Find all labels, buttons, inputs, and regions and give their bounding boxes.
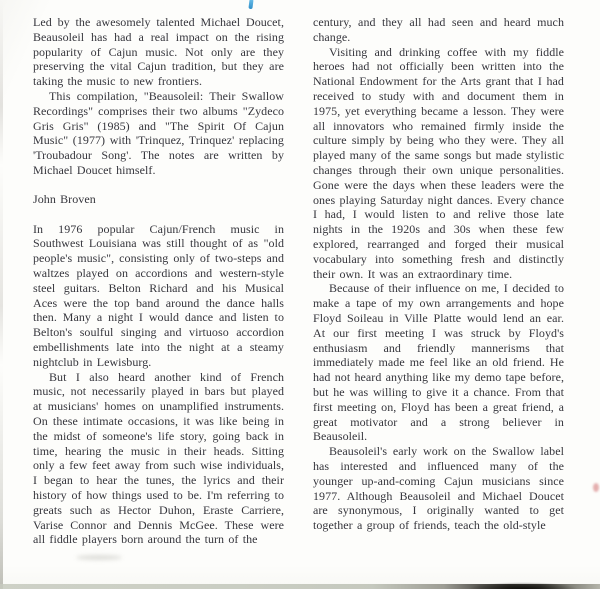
- author-byline: John Broven: [33, 192, 284, 207]
- pink-smudge: [593, 483, 599, 492]
- scan-edge-left: [0, 0, 3, 589]
- scan-shadow-blotch: [468, 582, 578, 589]
- text-column-left: Led by the awesomely talented Michael Do…: [33, 15, 284, 547]
- body-paragraph: Led by the awesomely talented Michael Do…: [33, 15, 284, 89]
- two-column-text-layout: Led by the awesomely talented Michael Do…: [33, 15, 564, 547]
- body-paragraph: Because of their influence on me, I deci…: [313, 281, 564, 444]
- body-paragraph: Visiting and drinking coffee with my fid…: [313, 45, 564, 282]
- body-paragraph: This compilation, "Beausoleil: Their Swa…: [33, 89, 284, 178]
- body-paragraph: But I also heard another kind of French …: [33, 370, 284, 548]
- body-paragraph: In 1976 popular Cajun/French music in So…: [33, 222, 284, 370]
- gray-smudge: [76, 555, 122, 560]
- text-column-right: century, and they all had seen and heard…: [313, 15, 564, 547]
- liner-notes-scan-page: Led by the awesomely talented Michael Do…: [0, 0, 600, 589]
- body-paragraph: Beausoleil's early work on the Swallow l…: [313, 444, 564, 533]
- body-paragraph: century, and they all had seen and heard…: [313, 15, 564, 45]
- blue-pen-mark: [248, 0, 253, 9]
